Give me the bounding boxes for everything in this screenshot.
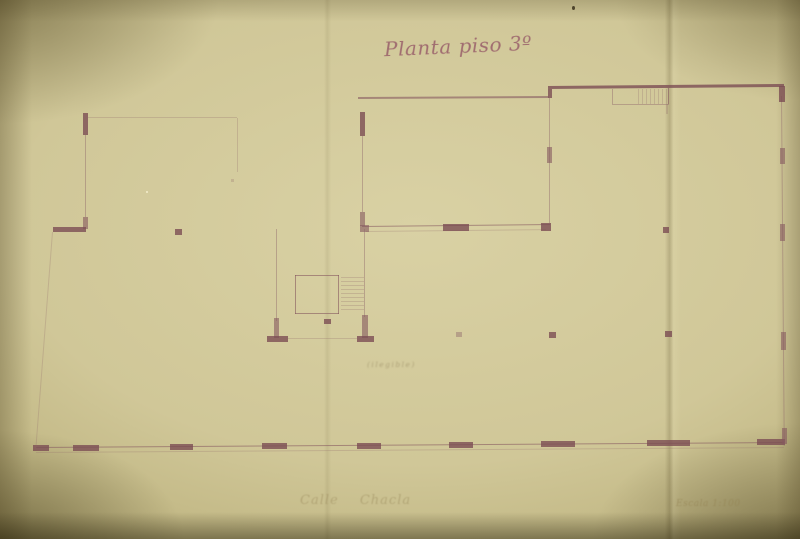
- wall-segment: [85, 135, 86, 217]
- wall-segment: [360, 112, 365, 136]
- wall-segment: [642, 89, 643, 104]
- wall-segment: [781, 332, 786, 350]
- wall-segment: [276, 229, 277, 321]
- wall-segment: [73, 445, 99, 451]
- floor-plan-canvas: [0, 0, 800, 539]
- wall-segment: [647, 440, 690, 446]
- wall-segment: [341, 293, 364, 294]
- wall-segment: [267, 336, 288, 342]
- wall-segment: [341, 305, 364, 306]
- ink-speck: [572, 6, 575, 10]
- wall-segment: [456, 332, 462, 337]
- wall-segment: [360, 212, 365, 226]
- wall-segment: [288, 338, 357, 339]
- wall-segment: [668, 88, 669, 104]
- wall-segment: [357, 443, 381, 449]
- wall-segment: [341, 297, 364, 298]
- wall-segment: [237, 118, 238, 172]
- wall-segment: [87, 117, 237, 118]
- wall-segment: [231, 179, 234, 182]
- wall-segment: [666, 89, 667, 104]
- wall-segment: [341, 301, 364, 302]
- wall-segment: [612, 104, 669, 105]
- wall-segment: [358, 96, 549, 99]
- wall-segment: [295, 275, 339, 276]
- wall-segment: [449, 442, 473, 448]
- wall-segment: [780, 148, 785, 164]
- wall-segment: [541, 441, 575, 447]
- wall-segment: [782, 428, 787, 444]
- wall-segment: [338, 275, 339, 314]
- wall-segment: [341, 281, 364, 282]
- wall-segment: [362, 136, 363, 212]
- wall-segment: [779, 86, 785, 102]
- wall-segment: [658, 89, 659, 104]
- wall-segment: [341, 289, 364, 290]
- wall-segment: [654, 89, 655, 104]
- wall-segment: [663, 227, 669, 233]
- wall-segment: [646, 89, 647, 104]
- wall-segment: [295, 275, 296, 314]
- wall-segment: [53, 227, 86, 232]
- street-caption: Calle Chacla: [300, 493, 411, 508]
- wall-segment: [274, 318, 279, 338]
- wall-segment: [541, 223, 551, 231]
- wall-segment: [362, 315, 368, 338]
- wall-segment: [357, 336, 374, 342]
- wall-segment: [549, 332, 556, 338]
- wall-segment: [638, 89, 639, 104]
- wall-segment: [662, 89, 663, 104]
- wall-segment: [665, 331, 672, 337]
- wall-segment: [295, 313, 339, 314]
- wall-segment: [547, 147, 552, 163]
- wall-segment: [35, 232, 53, 449]
- scale-caption: Escala 1:100: [676, 499, 741, 509]
- wall-segment: [324, 319, 331, 324]
- wall-segment: [757, 439, 785, 445]
- wall-segment: [341, 277, 364, 278]
- paper-speck: [146, 191, 148, 193]
- wall-segment: [666, 104, 668, 114]
- illegible-note: (ilegible): [367, 360, 416, 369]
- wall-segment: [341, 285, 364, 286]
- wall-segment: [175, 229, 182, 235]
- wall-segment: [262, 443, 287, 449]
- wall-segment: [364, 229, 365, 317]
- wall-segment: [650, 89, 651, 104]
- wall-segment: [443, 224, 469, 231]
- wall-segment: [780, 224, 785, 241]
- wall-segment: [612, 89, 613, 104]
- wall-segment: [36, 447, 784, 453]
- scanned-floor-plan-photo: Planta piso 3º (ilegible) Calle Chacla E…: [0, 0, 800, 539]
- wall-segment: [341, 309, 364, 310]
- wall-segment: [170, 444, 193, 450]
